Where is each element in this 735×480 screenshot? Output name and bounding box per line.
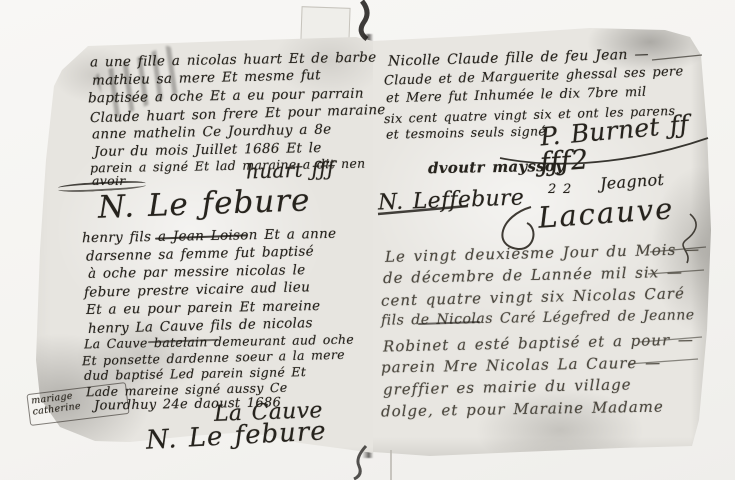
binding-tab: [300, 6, 350, 42]
manuscript-scan: a une fille a nicolas huart Et de barbe …: [0, 0, 735, 480]
